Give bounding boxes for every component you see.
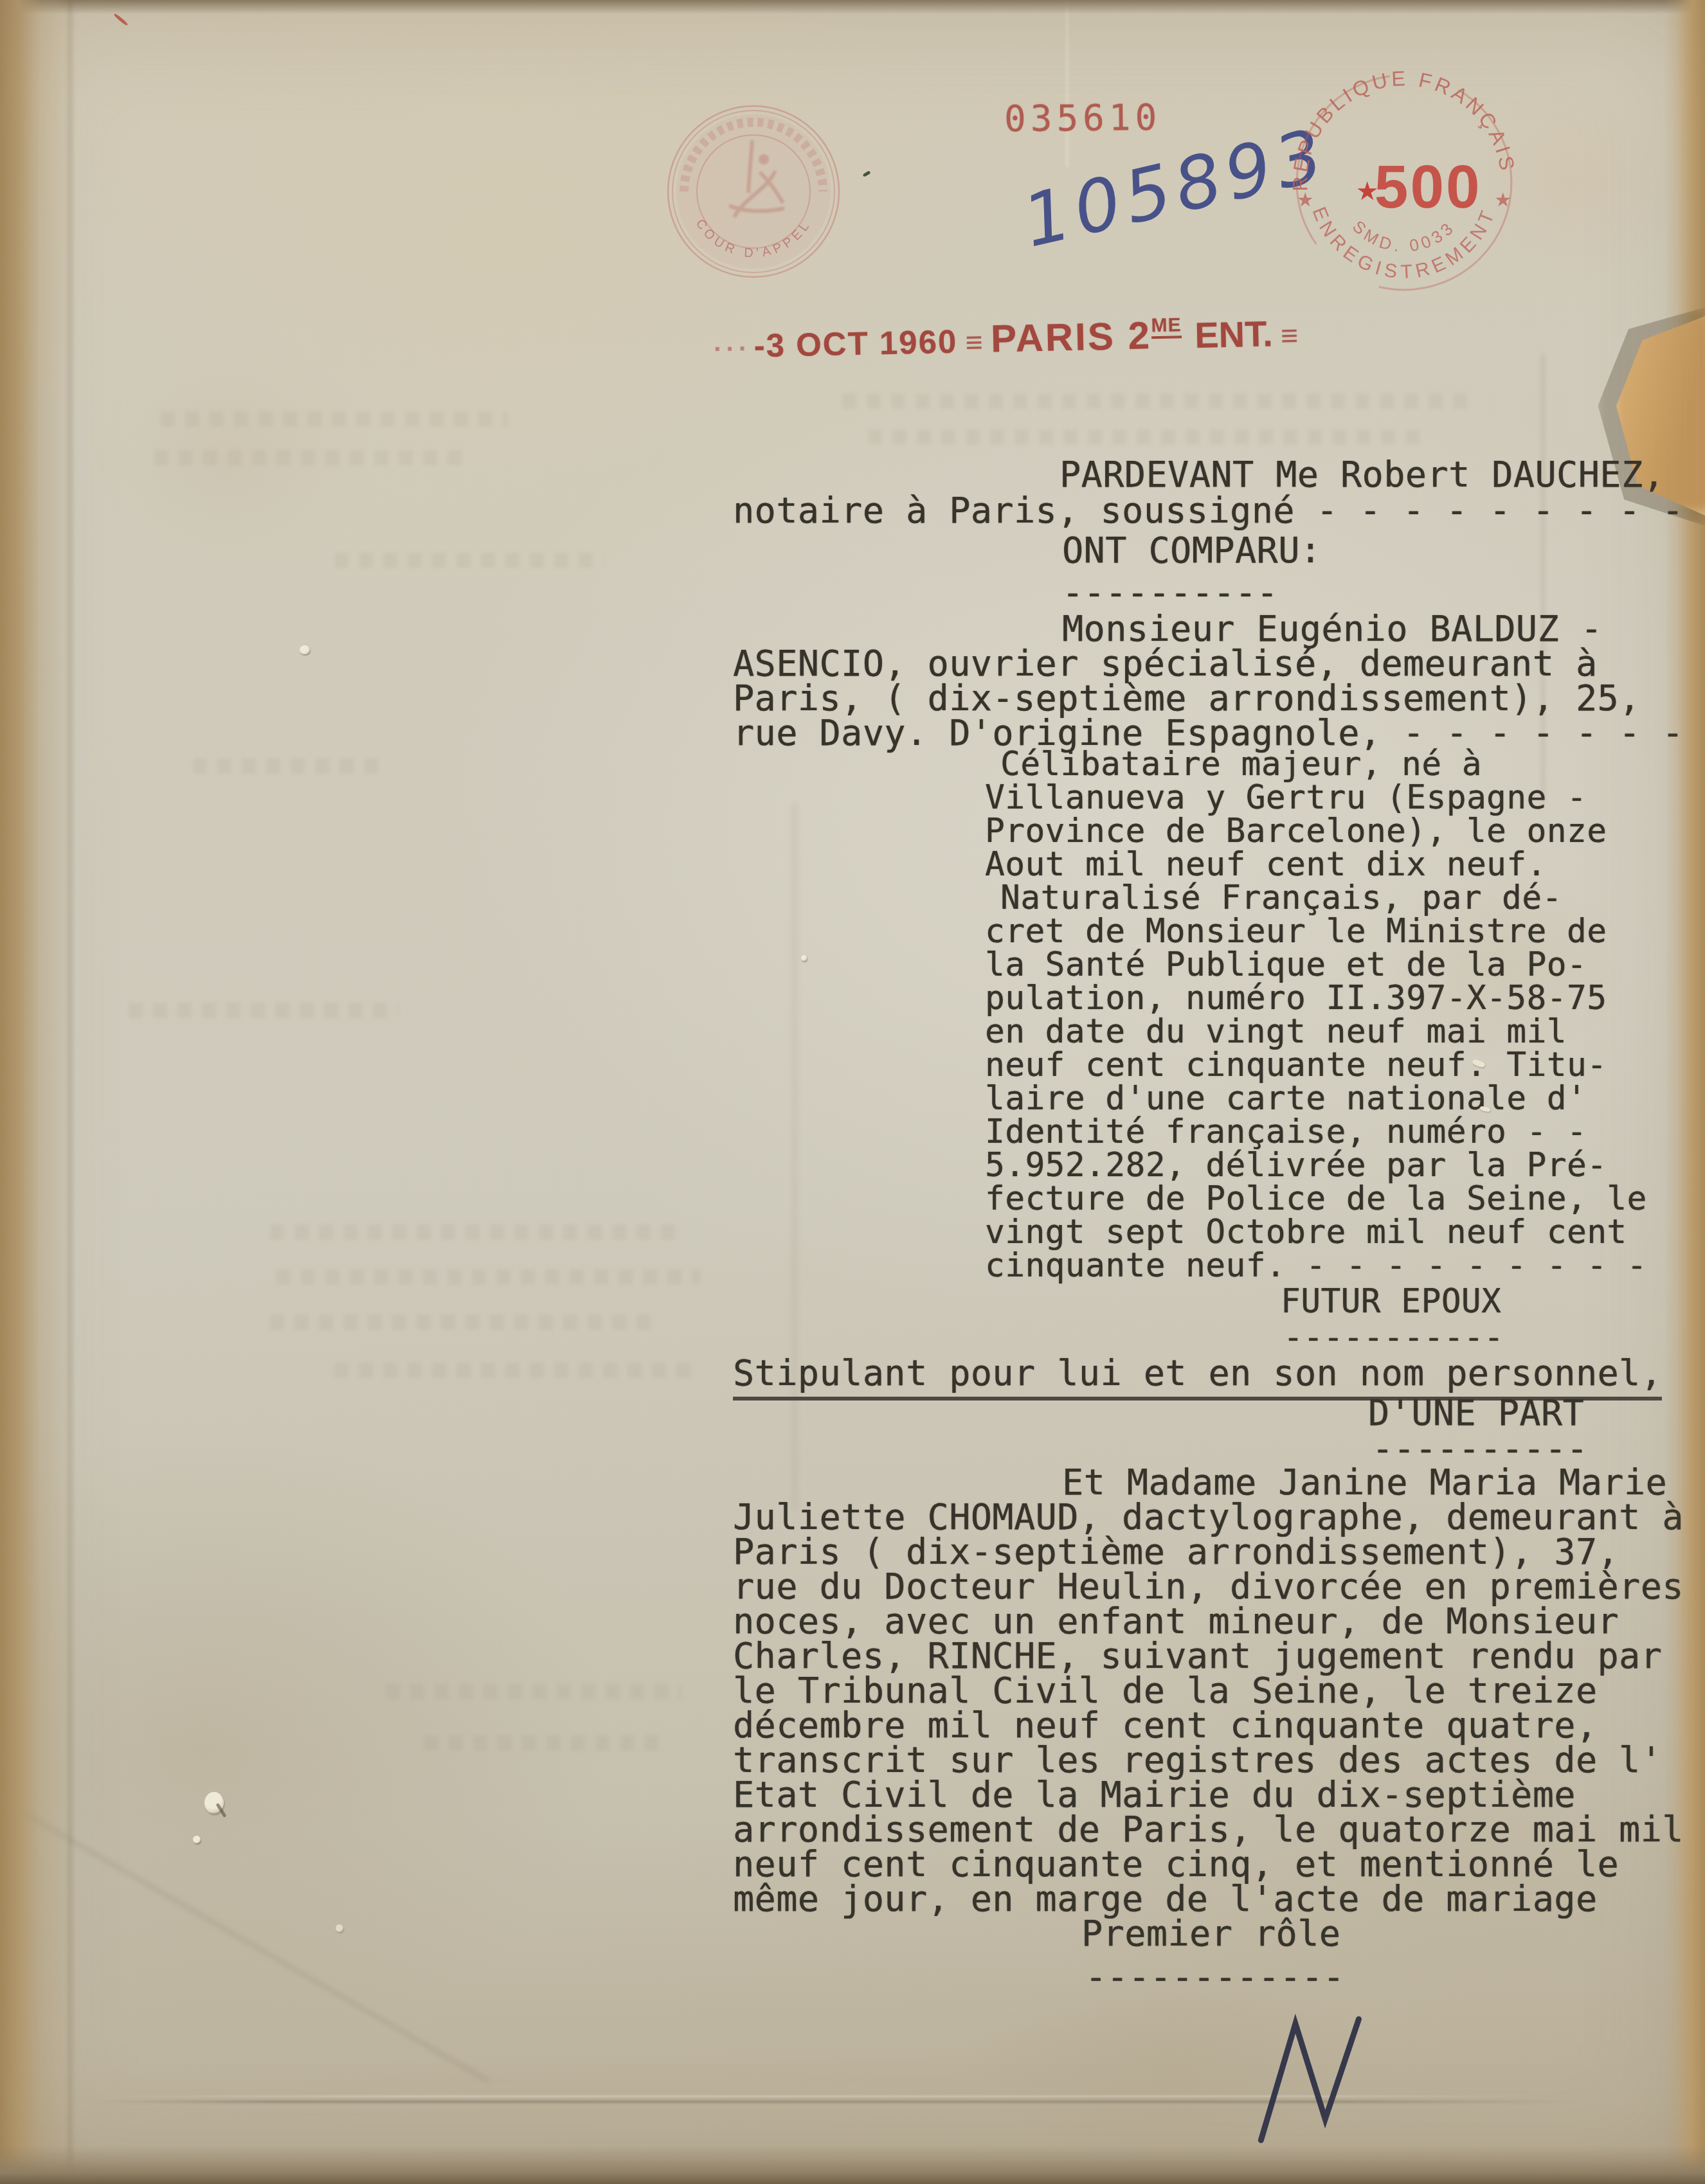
typed-line: Identité française, numéro - - xyxy=(985,1113,1587,1151)
typed-line: ----------- xyxy=(1283,1319,1504,1357)
typed-line: D'UNE PART xyxy=(1368,1392,1584,1433)
typed-line: Naturalisé Français, par dé- xyxy=(1000,879,1562,917)
paper-hole xyxy=(336,1924,343,1932)
scanned-notarial-act-page: COUR D'APPEL 035610 105893 REPUBLIQUE FR… xyxy=(0,0,1705,2184)
paraph-mark xyxy=(1255,2010,1371,2158)
typed-text-layer: PARDEVANT Me Robert DAUCHEZ,notaire à Pa… xyxy=(0,0,1705,2184)
typed-line: laire d'une carte nationale d' xyxy=(985,1080,1587,1118)
typed-line: ONT COMPARU: xyxy=(1062,530,1321,571)
typed-line: Aout mil neuf cent dix neuf. xyxy=(985,846,1547,884)
typed-line: la Santé Publique et de la Po- xyxy=(985,946,1587,984)
typed-line: vingt sept Octobre mil neuf cent xyxy=(985,1213,1627,1251)
typed-line: notaire à Paris, soussigné - - - - - - -… xyxy=(733,490,1684,531)
typed-line: Premier rôle xyxy=(1081,1913,1340,1954)
typed-line: cret de Monsieur le Ministre de xyxy=(985,913,1607,951)
typed-line: Province de Barcelone), le onze xyxy=(985,812,1607,850)
paper-hole xyxy=(193,1836,201,1843)
typed-line: ------------ xyxy=(1085,1956,1344,1998)
paper-hole xyxy=(300,645,310,654)
typed-line: Célibataire majeur, né à xyxy=(1000,746,1482,783)
paper-hole xyxy=(801,955,807,961)
typed-line: ---------- xyxy=(1062,572,1278,613)
typed-line: FUTUR EPOUX xyxy=(1281,1283,1501,1321)
typed-line: 5.952.282, délivrée par la Pré- xyxy=(985,1147,1607,1185)
typed-line: neuf cent cinquante neuf. Titu- xyxy=(985,1046,1607,1084)
typed-line: pulation, numéro II.397-X-58-75 xyxy=(985,980,1607,1017)
typed-line: en date du vingt neuf mai mil xyxy=(985,1013,1567,1051)
typed-line: fecture de Police de la Seine, le xyxy=(985,1180,1647,1218)
typed-line: Villanueva y Gertru (Espagne - xyxy=(985,779,1587,817)
typed-line: cinquante neuf. - - - - - - - - - xyxy=(985,1247,1647,1285)
typed-line: PARDEVANT Me Robert DAUCHEZ, xyxy=(1060,454,1664,495)
